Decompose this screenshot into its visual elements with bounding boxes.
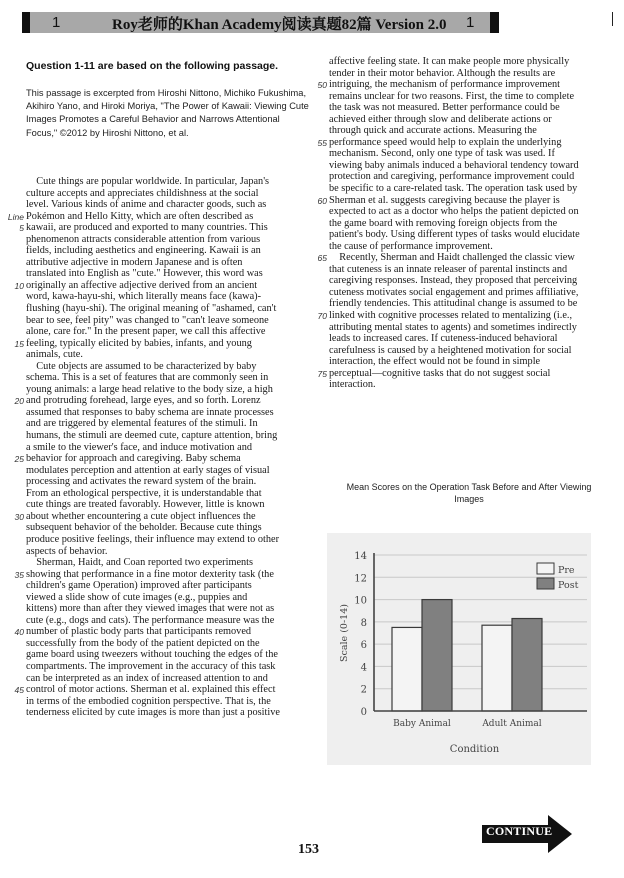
passage-intro: This passage is excerpted from Hiroshi N…: [26, 87, 311, 140]
passage-line: interaction, the effect would not be fou…: [329, 356, 614, 368]
x-tick-label: Adult Animal: [481, 719, 541, 729]
legend-label-post: Post: [558, 580, 579, 591]
header-right-block: [490, 12, 499, 33]
line-number: 5: [19, 223, 24, 233]
passage-line: Sherman, Haidt, and Coan reported two ex…: [26, 557, 316, 569]
y-tick-label: 2: [361, 685, 367, 696]
passage-line: patient's body. Using different types of…: [329, 229, 614, 241]
passage-line: behavior for approach and caregiving. Ba…: [26, 453, 316, 465]
passage-line: the game board with removing foreign obj…: [329, 218, 614, 230]
bar-post: [422, 600, 452, 711]
passage-line: linked with cognitive processes related …: [329, 310, 614, 322]
chart-title: Mean Scores on the Operation Task Before…: [336, 481, 602, 505]
y-tick-label: 4: [361, 662, 367, 673]
passage-line: perceptual—cognitive tasks that do not s…: [329, 368, 614, 380]
passage-line: phenomenon attracts considerable attenti…: [26, 234, 316, 246]
question-heading: Question 1-11 are based on the following…: [26, 60, 278, 72]
passage-line: feeling, typically elicited by babies, i…: [26, 338, 316, 350]
passage-line: Pokémon and Hello Kitty, which are often…: [26, 211, 316, 223]
passage-line: Cute things are popular worldwide. In pa…: [26, 176, 316, 188]
passage-line: alone, care for." In the present paper, …: [26, 326, 316, 338]
passage-line: originally an affective adjective derive…: [26, 280, 316, 292]
passage-line: interaction.: [329, 379, 614, 391]
y-axis-label: Scale (0-14): [339, 604, 350, 662]
line-number: 10: [15, 281, 24, 291]
passage-line: schema. This is a set of features that a…: [26, 372, 316, 384]
passage-line: flushing (hayu-shi). The original meanin…: [26, 303, 316, 315]
passage-line: and are triggered by elemental features …: [26, 418, 316, 430]
bar-pre: [392, 627, 422, 711]
passage-line: showing that performance in a fine motor…: [26, 569, 316, 581]
passage-line: control of motor actions. Sherman et al.…: [26, 684, 316, 696]
passage-line: word, kawa-hayu-shi, which literally mea…: [26, 291, 316, 303]
passage-line: Sherman et al. suggests caregiving becau…: [329, 195, 614, 207]
page-number: 153: [298, 842, 319, 858]
bar-pre: [482, 625, 512, 711]
passage-line: level. Various kinds of anime and charac…: [26, 199, 316, 211]
passage-line: animals, cute.: [26, 349, 316, 361]
passage-line: kawaii, are produced and exported to man…: [26, 222, 316, 234]
line-number: 55: [318, 138, 327, 148]
passage-line: children's game Operation) improved afte…: [26, 580, 316, 592]
passage-line: in terms of the embodied cognition persp…: [26, 696, 316, 708]
passage-line: translated into English as "cute." Howev…: [26, 268, 316, 280]
passage-line: through quick and accurate actions. Meas…: [329, 125, 614, 137]
line-number: 25: [15, 454, 24, 464]
passage-line: achieved either through slow and deliber…: [329, 114, 614, 126]
passage-line: game board using tweezers without touchi…: [26, 649, 316, 661]
passage-line: affective feeling state. It can make peo…: [329, 56, 614, 68]
page-edge-mark: [612, 12, 613, 26]
passage-line: the cause of performance improvement.: [329, 241, 614, 253]
passage-line: Cute objects are assumed to be character…: [26, 361, 316, 373]
y-tick-label: 6: [361, 640, 367, 651]
passage-line: compartments. The improvement in the acc…: [26, 661, 316, 673]
y-tick-label: 0: [361, 707, 367, 718]
line-number: Line: [8, 212, 24, 222]
passage-line: can be interpreted as an index of increa…: [26, 673, 316, 685]
line-number: 20: [15, 396, 24, 406]
passage-line: number of plastic body parts that partic…: [26, 626, 316, 638]
passage-line: attributing mental states to agents) and…: [329, 322, 614, 334]
bar-chart-svg: 02468101214Scale (0-14)Baby AnimalAdult …: [327, 533, 591, 765]
bar-post: [512, 619, 542, 711]
passage-line: processing and activates the reward syst…: [26, 476, 316, 488]
header-right-number: 1: [466, 14, 474, 31]
passage-line: cute things are treated favorably. Howev…: [26, 499, 316, 511]
passage-line: leads to increased cares. If cuteness-in…: [329, 333, 614, 345]
passage-line: aspects of behavior.: [26, 546, 316, 558]
passage-line: and protruding forehead, large eyes, and…: [26, 395, 316, 407]
passage-line: humans, the stimuli are deemed cute, cap…: [26, 430, 316, 442]
line-number: 15: [15, 339, 24, 349]
line-number: 45: [15, 685, 24, 695]
passage-line: friendly tendencies. This attitudinal ch…: [329, 298, 614, 310]
passage-line: modulates perception and attention at ea…: [26, 465, 316, 477]
passage-line: tender in their motor behavior. Although…: [329, 68, 614, 80]
y-tick-label: 12: [354, 573, 367, 584]
passage-line: that cuteness is an innate releaser of p…: [329, 264, 614, 276]
header-left-number: 1: [52, 14, 60, 31]
header-title: Roy老师的Khan Academy阅读真题82篇 Version 2.0: [112, 13, 412, 34]
line-number: 40: [15, 627, 24, 637]
passage-line: bear to see, feel pity" was changed to "…: [26, 315, 316, 327]
passage-line: young animals: a large head relative to …: [26, 384, 316, 396]
passage-line: produce positive feelings, their influen…: [26, 534, 316, 546]
continue-label[interactable]: CONTINUE: [486, 824, 552, 839]
passage-line: Recently, Sherman and Haidt challenged t…: [329, 252, 614, 264]
passage-line: a smile to the viewer's face, and induce…: [26, 442, 316, 454]
passage-line: successfully from the body of the patien…: [26, 638, 316, 650]
line-number: 60: [318, 196, 327, 206]
passage-line: expected to act as a doctor who helps th…: [329, 206, 614, 218]
line-number: 35: [15, 570, 24, 580]
passage-line: culture accepts and appreciates childish…: [26, 188, 316, 200]
y-tick-label: 10: [354, 596, 367, 607]
passage-line: viewing baby animals induced a behaviora…: [329, 160, 614, 172]
passage-line: mechanism. Second, only one type of task…: [329, 148, 614, 160]
y-tick-label: 8: [361, 618, 367, 629]
passage-line: viewed a slide show of cute images (e.g.…: [26, 592, 316, 604]
passage-line: carefulness is caused by a heightened mo…: [329, 345, 614, 357]
passage-line: caregiving responses. Instead, they prop…: [329, 275, 614, 287]
passage-line: kittens) more than after they viewed ima…: [26, 603, 316, 615]
line-number: 75: [318, 369, 327, 379]
x-axis-label: Condition: [450, 744, 500, 755]
passage-line: attributive adjective in modern Japanese…: [26, 257, 316, 269]
passage-line: tenderness elicited by cute images is mo…: [26, 707, 316, 719]
legend-swatch-post: [537, 578, 554, 589]
line-number: 65: [318, 253, 327, 263]
header-left-block: [22, 12, 30, 33]
passage-line: subsequent behavior of the beholder. Bec…: [26, 522, 316, 534]
passage-right-column: affective feeling state. It can make peo…: [329, 56, 614, 391]
passage-line: cute (e.g., dogs and cats). The performa…: [26, 615, 316, 627]
passage-line: intriguing, the mechanism of performance…: [329, 79, 614, 91]
passage-line: From an ethological perspective, it is u…: [26, 488, 316, 500]
passage-line: remains unclear for two reasons. First, …: [329, 91, 614, 103]
passage-line: performance speed would help to explain …: [329, 137, 614, 149]
line-number: 50: [318, 80, 327, 90]
bar-chart: 02468101214Scale (0-14)Baby AnimalAdult …: [327, 533, 591, 765]
passage-line: cuteness motivates social engagement and…: [329, 287, 614, 299]
passage-line: protection and caregiving, performance i…: [329, 171, 614, 183]
passage-line: the task was not measured. Better perfor…: [329, 102, 614, 114]
passage-left-column: Cute things are popular worldwide. In pa…: [26, 176, 316, 719]
passage-line: about whether encountering a cute object…: [26, 511, 316, 523]
y-tick-label: 14: [354, 551, 367, 562]
x-tick-label: Baby Animal: [393, 719, 451, 729]
passage-line: fields, including aesthetics and enginee…: [26, 245, 316, 257]
line-number: 30: [15, 512, 24, 522]
legend-label-pre: Pre: [558, 565, 575, 576]
passage-line: assumed that responses to baby schema ar…: [26, 407, 316, 419]
legend-swatch-pre: [537, 563, 554, 574]
line-number: 70: [318, 311, 327, 321]
passage-line: be specific to a care-related task. The …: [329, 183, 614, 195]
